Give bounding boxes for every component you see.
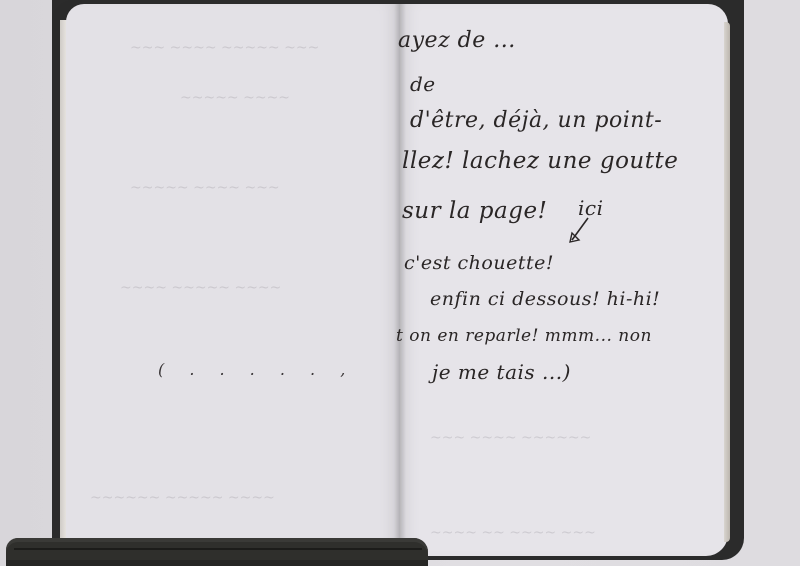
handwriting-line: enfin ci dessous! hi-hi! [430, 288, 660, 310]
bleed-through-text: ~~~~~ ~~~~ [180, 90, 290, 106]
arrow-down-left-icon [566, 216, 592, 246]
elastic-band-stitch [14, 548, 422, 550]
bleed-through-text: ~~~ ~~~~ ~~~~~~ [430, 430, 591, 446]
bleed-through-text: ~~~~~~ ~~~~~ ~~~~ [90, 490, 275, 506]
right-page-stack-edge [724, 22, 730, 542]
handwriting-line: je me tais ...) [432, 360, 571, 384]
handwriting-line: d'être, déjà, un point- [410, 108, 662, 133]
handwriting-marks: ( . . . . . , [158, 360, 355, 379]
handwriting-line: t on en reparle! mmm... non [396, 326, 652, 346]
spine-gutter [394, 4, 406, 556]
right-page [400, 4, 728, 556]
handwriting-line: llez! lachez une goutte [402, 148, 678, 174]
handwriting-line: c'est chouette! [404, 252, 554, 274]
bleed-through-text: ~~~~ ~~ ~~~~ ~~~ [430, 525, 596, 541]
handwriting-line: ayez de ... [398, 28, 516, 53]
handwriting-line: de [410, 72, 436, 96]
bleed-through-text: ~~~~~ ~~~~ ~~~ [130, 180, 280, 196]
bleed-through-text: ~~~ ~~~~ ~~~~~ ~~~ [130, 40, 319, 56]
bleed-through-text: ~~~~ ~~~~~ ~~~~ [120, 280, 281, 296]
handwriting-line: sur la page! [402, 198, 547, 224]
elastic-band [6, 538, 428, 566]
